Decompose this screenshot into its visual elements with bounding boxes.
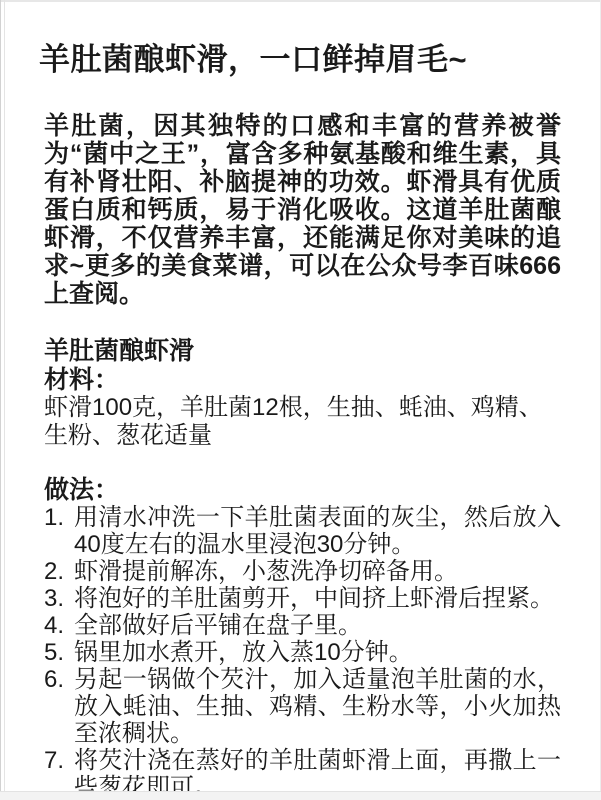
steps-list: 1. 用清水冲洗一下羊肚菌表面的灰尘，然后放入40度左右的温水里浸泡30分钟。 … xyxy=(44,504,561,800)
bottom-edge-strip xyxy=(0,791,601,800)
step-item: 2. 虾滑提前解冻，小葱洗净切碎备用。 xyxy=(44,558,561,585)
step-number: 4. xyxy=(44,612,74,639)
step-number: 1. xyxy=(44,504,74,531)
step-text: 虾滑提前解冻，小葱洗净切碎备用。 xyxy=(74,558,561,585)
left-edge-line-outer xyxy=(0,0,1,800)
materials-text: 虾滑100克，羊肚菌12根，生抽、蚝油、鸡精、生粉、葱花适量 xyxy=(44,394,561,450)
page-title: 羊肚菌酿虾滑，一口鲜掉眉毛~ xyxy=(39,42,561,78)
step-item: 6. 另起一锅做个芡汁，加入适量泡羊肚菌的水，放入蚝油、生抽、鸡精、生粉水等，小… xyxy=(44,666,561,747)
step-item: 3. 将泡好的羊肚菌剪开，中间挤上虾滑后捏紧。 xyxy=(44,585,561,612)
step-text: 将泡好的羊肚菌剪开，中间挤上虾滑后捏紧。 xyxy=(74,585,561,612)
step-number: 2. xyxy=(44,558,74,585)
recipe-name-heading: 羊肚菌酿虾滑 xyxy=(44,336,561,366)
step-number: 5. xyxy=(44,639,74,666)
step-item: 4. 全部做好后平铺在盘子里。 xyxy=(44,612,561,639)
recipe-screenshot: { "doc": { "title": "羊肚菌酿虾滑，一口鲜掉眉毛~", "i… xyxy=(0,0,601,800)
step-item: 1. 用清水冲洗一下羊肚菌表面的灰尘，然后放入40度左右的温水里浸泡30分钟。 xyxy=(44,504,561,558)
step-text: 全部做好后平铺在盘子里。 xyxy=(74,612,561,639)
intro-paragraph: 羊肚菌，因其独特的口感和丰富的营养被誉为“菌中之王”，富含多种氨基酸和维生素，具… xyxy=(44,112,561,308)
step-text: 另起一锅做个芡汁，加入适量泡羊肚菌的水，放入蚝油、生抽、鸡精、生粉水等，小火加热… xyxy=(74,666,561,747)
left-edge-line-inner xyxy=(4,0,5,800)
step-text: 锅里加水煮开，放入蒸10分钟。 xyxy=(74,639,561,666)
recipe-document: 羊肚菌酿虾滑，一口鲜掉眉毛~ 羊肚菌，因其独特的口感和丰富的营养被誉为“菌中之王… xyxy=(0,0,601,800)
step-item: 5. 锅里加水煮开，放入蒸10分钟。 xyxy=(44,639,561,666)
step-number: 3. xyxy=(44,585,74,612)
step-text: 用清水冲洗一下羊肚菌表面的灰尘，然后放入40度左右的温水里浸泡30分钟。 xyxy=(74,504,561,558)
step-number: 7. xyxy=(44,747,74,774)
materials-label: 材料： xyxy=(44,366,561,394)
step-number: 6. xyxy=(44,666,74,693)
top-edge-line xyxy=(0,0,601,2)
steps-label: 做法： xyxy=(44,476,561,504)
